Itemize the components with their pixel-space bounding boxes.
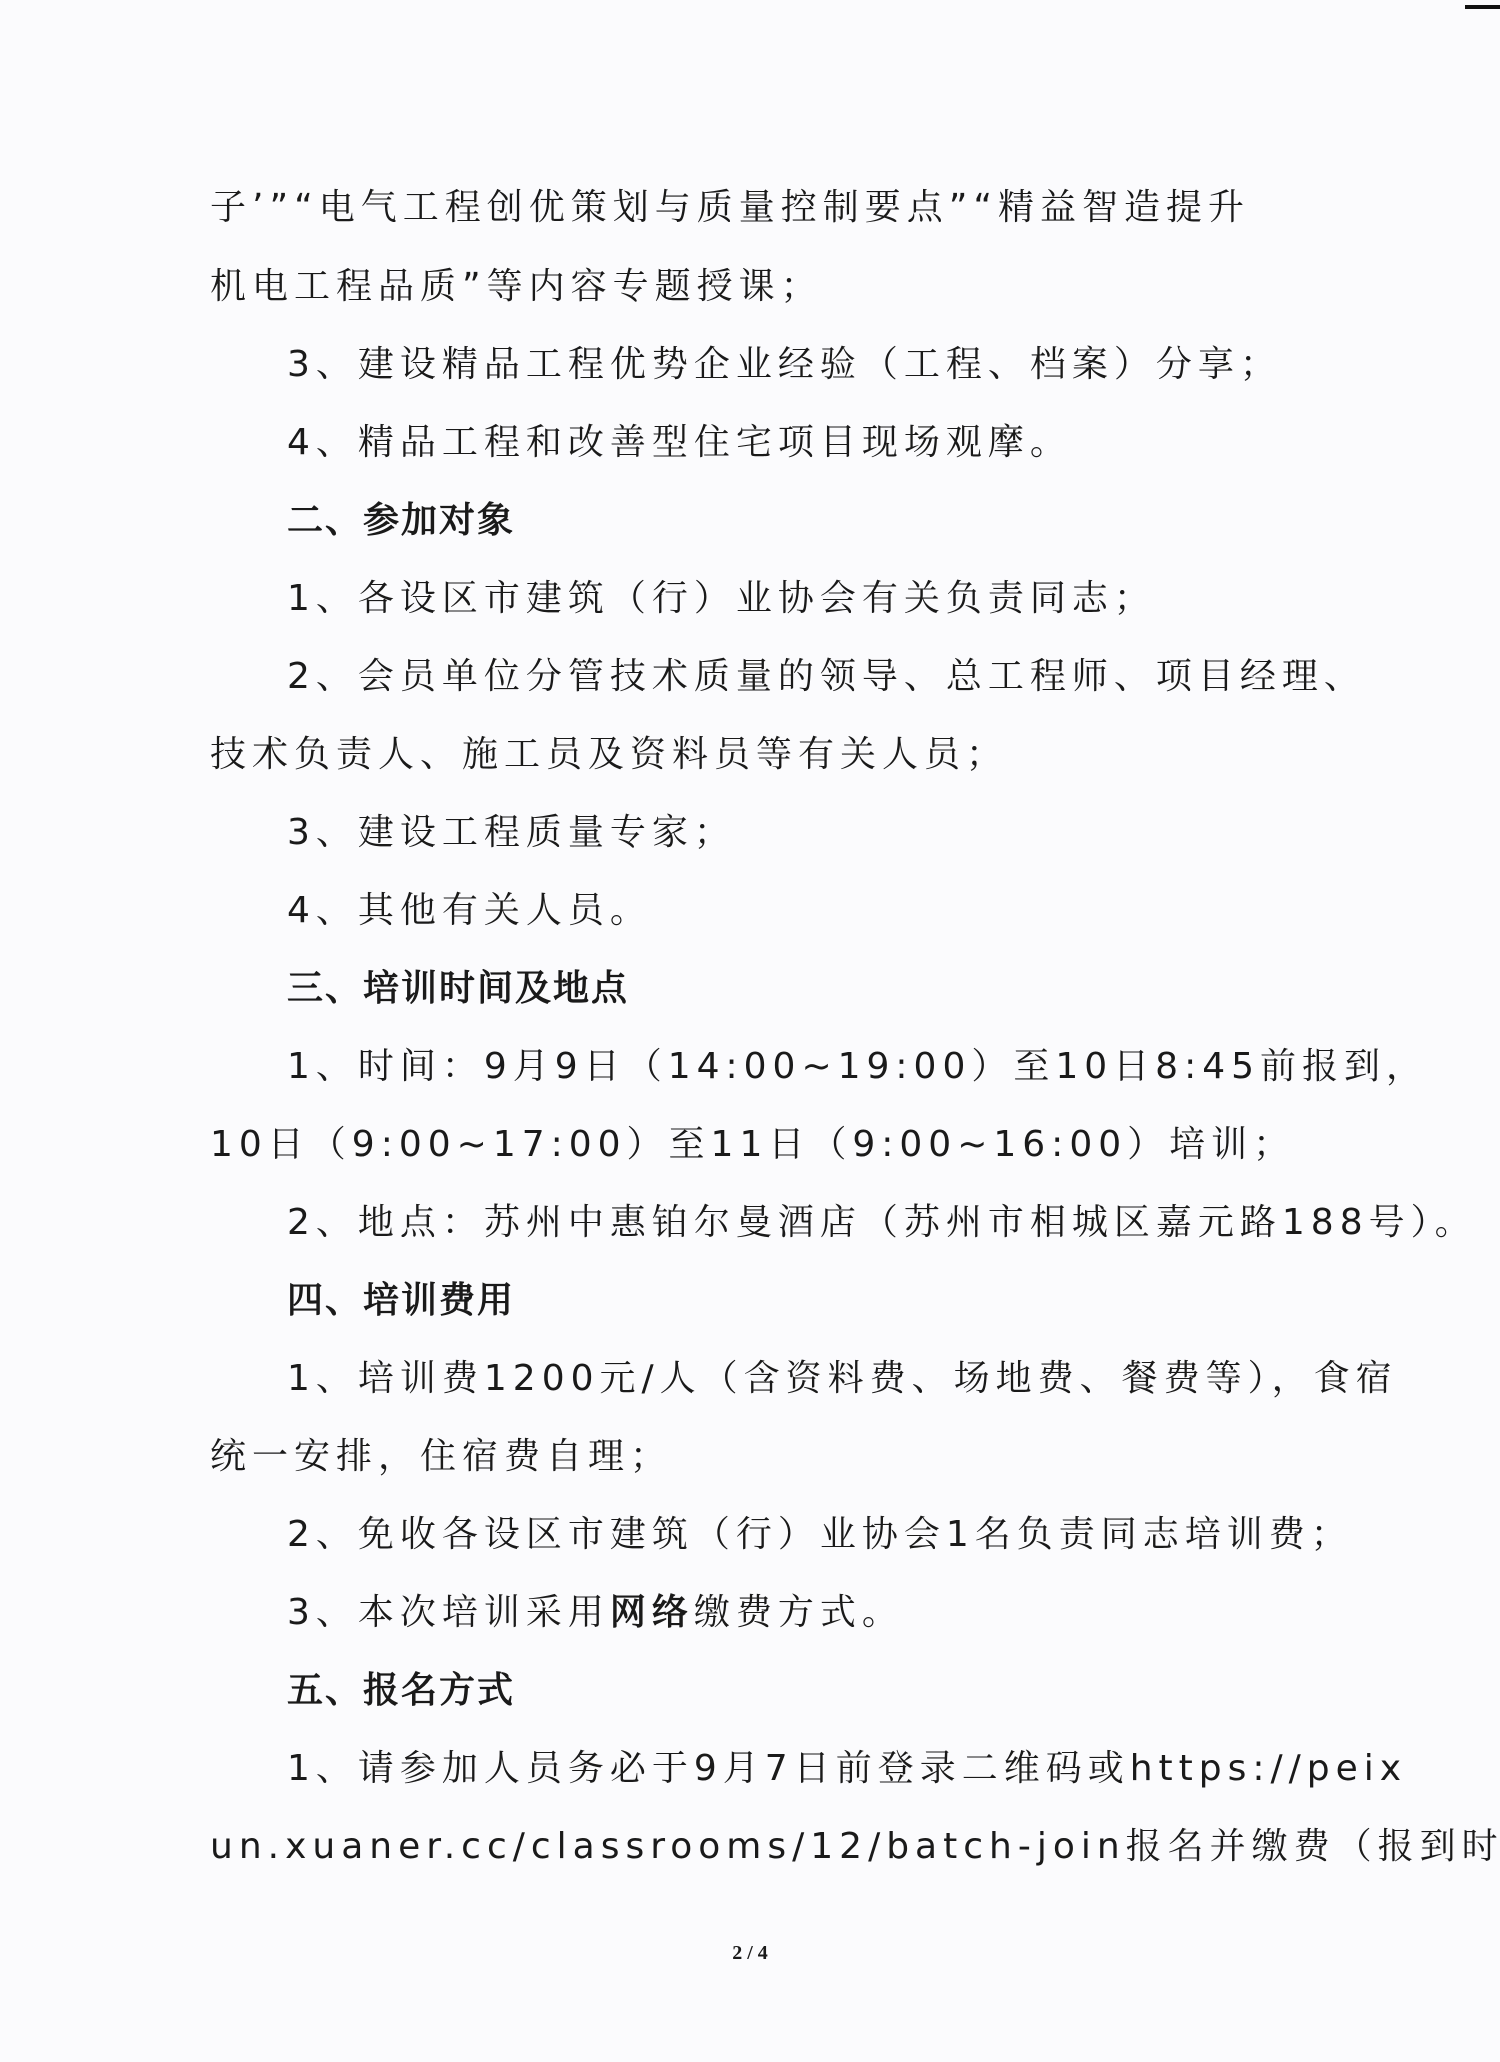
paragraph: 子’”“电气工程创优策划与质量控制要点”“精益智造提升 (210, 183, 1290, 233)
paragraph: 统一安排，住宿费自理； (210, 1432, 1290, 1482)
document-page: 子’”“电气工程创优策划与质量控制要点”“精益智造提升 机电工程品质”等内容专题… (0, 0, 1500, 2062)
list-item: 1、时间：9月9日（14:00~19:00）至10日8:45前报到， (287, 1042, 1367, 1092)
paragraph: 技术负责人、施工员及资料员等有关人员； (210, 730, 1290, 780)
list-item: 3、建设工程质量专家； (287, 808, 1367, 858)
paragraph: 机电工程品质”等内容专题授课； (210, 262, 1290, 312)
list-item: 2、地点：苏州中惠铂尔曼酒店（苏州市相城区嘉元路188号）。 (287, 1198, 1367, 1248)
list-item: 4、精品工程和改善型住宅项目现场观摩。 (287, 418, 1367, 468)
paragraph: 10日（9:00~17:00）至11日（9:00~16:00）培训； (210, 1120, 1290, 1170)
list-item: 3、本次培训采用网络缴费方式。 (287, 1588, 1367, 1638)
list-item: 4、其他有关人员。 (287, 886, 1367, 936)
section-heading: 三、培训时间及地点 (287, 964, 1367, 1014)
section-heading: 五、报名方式 (287, 1666, 1367, 1716)
paragraph: un.xuaner.cc/classrooms/12/batch-join报名并… (210, 1822, 1290, 1872)
section-heading: 四、培训费用 (287, 1276, 1367, 1326)
list-item: 1、请参加人员务必于9月7日前登录二维码或https://peix (287, 1744, 1367, 1794)
list-item: 1、各设区市建筑（行）业协会有关负责同志； (287, 574, 1367, 624)
section-heading: 二、参加对象 (287, 496, 1367, 546)
text-segment: 缴费方式。 (694, 1592, 904, 1633)
text-segment: 3、本次培训采用 (287, 1592, 610, 1633)
bold-text-segment: 网络 (610, 1592, 694, 1633)
list-item: 2、会员单位分管技术质量的领导、总工程师、项目经理、 (287, 652, 1367, 702)
list-item: 3、建设精品工程优势企业经验（工程、档案）分享； (287, 340, 1367, 390)
page-number: 2 / 4 (0, 1942, 1500, 1965)
list-item: 2、免收各设区市建筑（行）业协会1名负责同志培训费； (287, 1510, 1367, 1560)
list-item: 1、培训费1200元/人（含资料费、场地费、餐费等），食宿 (287, 1354, 1367, 1404)
